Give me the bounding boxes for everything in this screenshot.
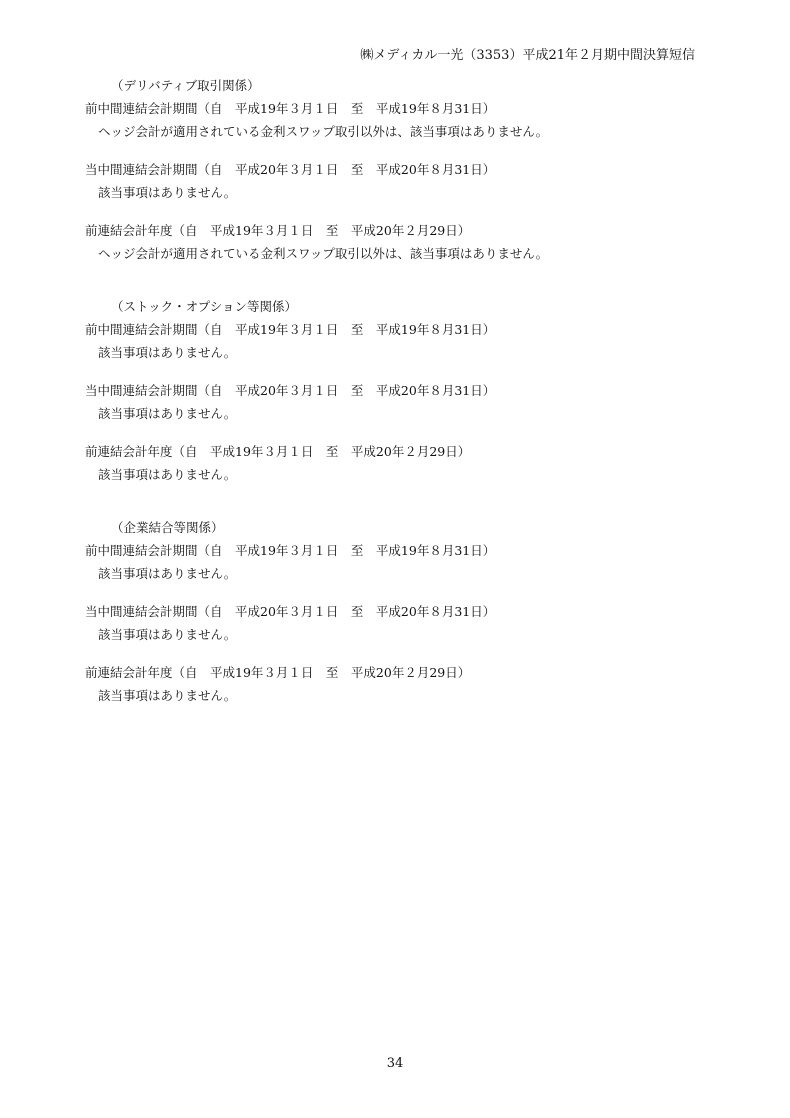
period-block: 前中間連結会計期間（自 平成19年３月１日 至 平成19年８月31日） ヘッジ会… — [85, 97, 705, 143]
period-heading: 当中間連結会計期間（自 平成20年３月１日 至 平成20年８月31日） — [85, 379, 705, 402]
period-body: 該当事項はありません。 — [85, 463, 705, 486]
period-heading: 前連結会計年度（自 平成19年３月１日 至 平成20年２月29日） — [85, 219, 705, 242]
period-block: 前連結会計年度（自 平成19年３月１日 至 平成20年２月29日） 該当事項はあ… — [85, 440, 705, 486]
period-block: 前連結会計年度（自 平成19年３月１日 至 平成20年２月29日） 該当事項はあ… — [85, 661, 705, 707]
period-body: 該当事項はありません。 — [85, 684, 705, 707]
period-heading: 当中間連結会計期間（自 平成20年３月１日 至 平成20年８月31日） — [85, 158, 705, 181]
period-body: 該当事項はありません。 — [85, 623, 705, 646]
period-body: 該当事項はありません。 — [85, 181, 705, 204]
section-derivatives: （デリバティブ取引関係） 前中間連結会計期間（自 平成19年３月１日 至 平成1… — [85, 74, 705, 265]
period-block: 前中間連結会計期間（自 平成19年３月１日 至 平成19年８月31日） 該当事項… — [85, 318, 705, 364]
period-block: 前連結会計年度（自 平成19年３月１日 至 平成20年２月29日） ヘッジ会計が… — [85, 219, 705, 265]
period-heading: 当中間連結会計期間（自 平成20年３月１日 至 平成20年８月31日） — [85, 600, 705, 623]
page-header: ㈱メディカル一光（3353）平成21年２月期中間決算短信 — [360, 44, 695, 63]
period-block: 当中間連結会計期間（自 平成20年３月１日 至 平成20年８月31日） 該当事項… — [85, 158, 705, 204]
period-heading: 前中間連結会計期間（自 平成19年３月１日 至 平成19年８月31日） — [85, 97, 705, 120]
period-body: 該当事項はありません。 — [85, 562, 705, 585]
period-body: 該当事項はありません。 — [85, 341, 705, 364]
period-block: 当中間連結会計期間（自 平成20年３月１日 至 平成20年８月31日） 該当事項… — [85, 600, 705, 646]
period-heading: 前中間連結会計期間（自 平成19年３月１日 至 平成19年８月31日） — [85, 539, 705, 562]
section-title: （ストック・オプション等関係） — [85, 295, 705, 318]
period-body: ヘッジ会計が適用されている金利スワップ取引以外は、該当事項はありません。 — [85, 242, 705, 265]
section-title: （企業結合等関係） — [85, 516, 705, 539]
page-number: 34 — [0, 1056, 790, 1071]
section-stock-options: （ストック・オプション等関係） 前中間連結会計期間（自 平成19年３月１日 至 … — [85, 295, 705, 486]
period-block: 前中間連結会計期間（自 平成19年３月１日 至 平成19年８月31日） 該当事項… — [85, 539, 705, 585]
section-business-combinations: （企業結合等関係） 前中間連結会計期間（自 平成19年３月１日 至 平成19年８… — [85, 516, 705, 707]
period-body: 該当事項はありません。 — [85, 402, 705, 425]
period-body: ヘッジ会計が適用されている金利スワップ取引以外は、該当事項はありません。 — [85, 120, 705, 143]
period-heading: 前連結会計年度（自 平成19年３月１日 至 平成20年２月29日） — [85, 661, 705, 684]
section-title: （デリバティブ取引関係） — [85, 74, 705, 97]
document-body: （デリバティブ取引関係） 前中間連結会計期間（自 平成19年３月１日 至 平成1… — [85, 74, 705, 707]
period-heading: 前連結会計年度（自 平成19年３月１日 至 平成20年２月29日） — [85, 440, 705, 463]
period-block: 当中間連結会計期間（自 平成20年３月１日 至 平成20年８月31日） 該当事項… — [85, 379, 705, 425]
period-heading: 前中間連結会計期間（自 平成19年３月１日 至 平成19年８月31日） — [85, 318, 705, 341]
